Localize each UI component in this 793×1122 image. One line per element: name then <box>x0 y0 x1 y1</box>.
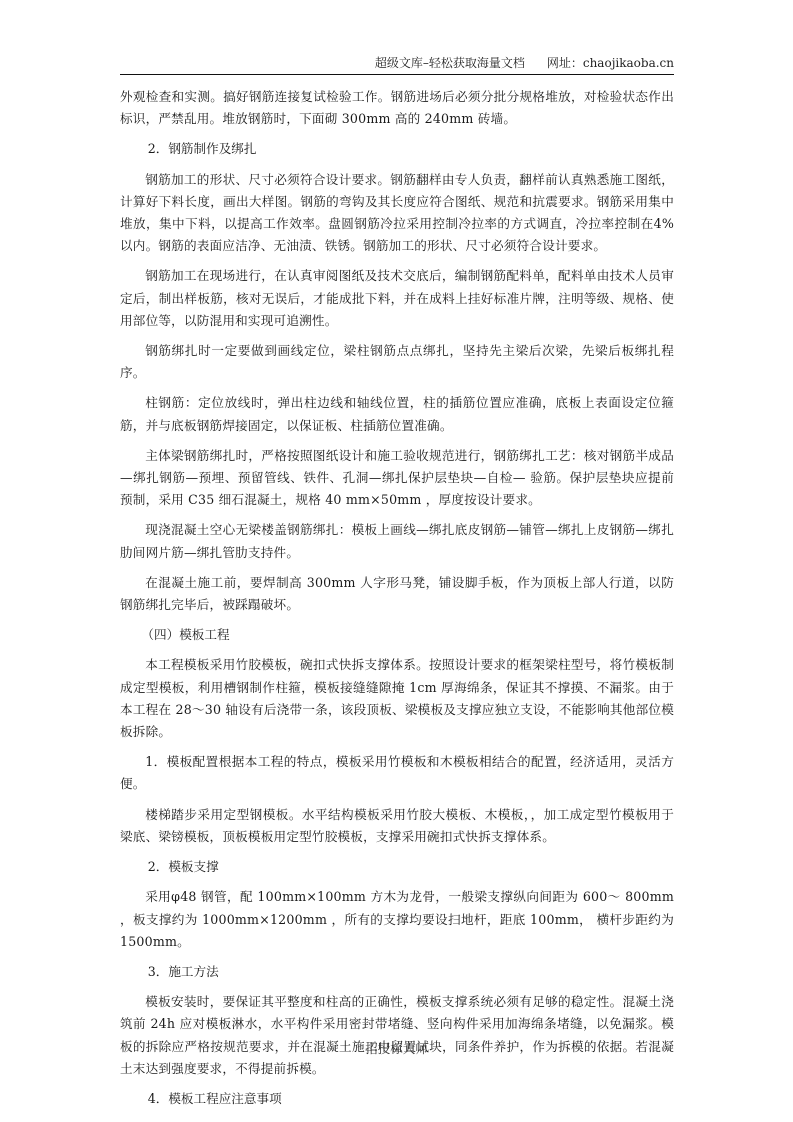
paragraph: 钢筋加工的形状、尺寸必须符合设计要求。钢筋翻样由专人负责，翻样前认真熟悉施工图纸… <box>120 169 674 258</box>
header-url: 网址：chaojikaoba.cn <box>547 56 674 70</box>
paragraph: 柱钢筋：定位放线时，弹出柱边线和轴线位置，柱的插筋位置应准确，底板上表面设定位箍… <box>120 392 674 436</box>
paragraph: 模板安装时，要保证其平整度和柱高的正确性，模板支撑系统必须有足够的稳定性。混凝土… <box>120 991 674 1080</box>
page-footer: 招投标大师 <box>0 1039 793 1057</box>
paragraph: 钢筋加工在现场进行，在认真审阅图纸及技术交底后，编制钢筋配料单，配料单由技术人员… <box>120 265 674 332</box>
document-body: 外观检查和实测。搞好钢筋连接复试检验工作。钢筋进场后必须分批分规格堆放，对检验状… <box>120 86 674 1118</box>
paragraph: 主体梁钢筋绑扎时，严格按照图纸设计和施工验收规范进行，钢筋绑扎工艺：核对钢筋半成… <box>120 445 674 512</box>
paragraph: 在混凝土施工前，要焊制高 300mm 人字形马凳，铺设脚手板，作为顶板上部人行道… <box>120 572 674 616</box>
paragraph: 采用φ48 钢管，配 100mm×100mm 方木为龙骨，一般梁支撑纵向间距为 … <box>120 886 674 953</box>
paragraph: 外观检查和实测。搞好钢筋连接复试检验工作。钢筋进场后必须分批分规格堆放，对检验状… <box>120 86 674 130</box>
section-heading: （四）模板工程 <box>120 624 674 646</box>
section-heading: 4．模板工程应注意事项 <box>120 1088 674 1110</box>
section-heading: 2．模板支撑 <box>120 856 674 878</box>
paragraph: 楼梯踏步采用定型钢模板。水平结构模板采用竹胶大模板、木模板，，加工成定型竹模板用… <box>120 804 674 848</box>
section-heading: 2．钢筋制作及绑扎 <box>120 138 674 160</box>
header-site-name: 超级文库–轻松获取海量文档 <box>375 56 525 70</box>
paragraph: 现浇混凝土空心无梁楼盖钢筋绑扎：模板上画线—绑扎底皮钢筋—铺管—绑扎上皮钢筋—绑… <box>120 519 674 563</box>
paragraph: 本工程模板采用竹胶模板，碗扣式快拆支撑体系。按照设计要求的框架梁柱型号，将竹模板… <box>120 654 674 743</box>
section-heading: 3．施工方法 <box>120 961 674 983</box>
paragraph: 1．模板配置根据本工程的特点，模板采用竹模板和木模板相结合的配置，经济适用，灵活… <box>120 751 674 795</box>
paragraph: 钢筋绑扎时一定要做到画线定位，梁柱钢筋点点绑扎，坚持先主梁后次梁，先梁后板绑扎程… <box>120 340 674 384</box>
page-header: 超级文库–轻松获取海量文档网址：chaojikaoba.cn <box>120 54 674 75</box>
